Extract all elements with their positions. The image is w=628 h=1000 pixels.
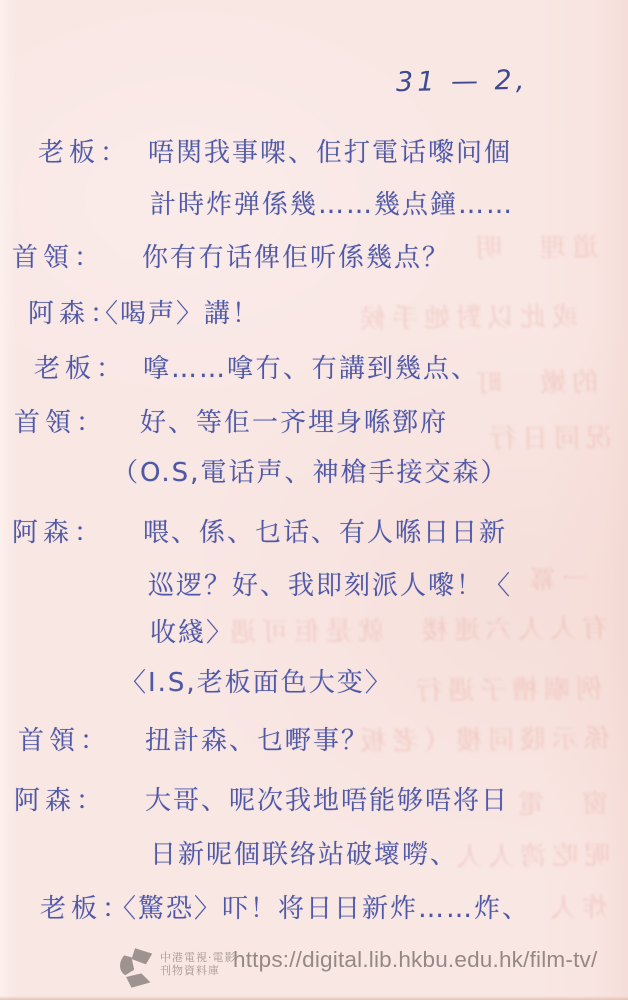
dialogue-text: 巡逻？好、我即刻派人嚟！〈 (148, 565, 512, 602)
dialogue-text: 日新呢個联络站破壞嘮、 (150, 834, 458, 871)
stage-direction-text: （O.S,電话声、神槍手接交森） (112, 452, 508, 489)
library-watermark: 中港電視‧電影 刊物資料庫 https://digital.lib.hkbu.e… (0, 941, 628, 1000)
speaker-label: 阿森： (14, 780, 107, 817)
dialogue-text: 喂、係、乜话、有人喺日日新 (143, 512, 507, 549)
dialogue-text: 〈驚恐〉吓！将日日新炸……炸、 (110, 888, 530, 925)
ink-bleed-through: 况同日行 (462, 417, 612, 456)
speaker-label: 首領： (12, 237, 105, 274)
dialogue-text: 大哥、呢次我地唔能够唔将日 (145, 780, 509, 817)
dialogue-text: 嗱……嗱冇、冇講到幾点、 (143, 348, 479, 385)
film-camera-logo-icon (118, 947, 154, 989)
watermark-url: https://digital.lib.hkbu.edu.hk/film-tv/ (233, 947, 597, 973)
dialogue-text: 收綫〉 (150, 612, 234, 649)
dialogue-text: 〈喝声〉講！ (92, 293, 260, 330)
dialogue-text: 唔関我事㗎、佢打電话嚟问個 (148, 132, 512, 169)
dialogue-text: 你有冇话俾佢听係幾点？ (142, 237, 450, 274)
stage-direction-text: 〈I.S,老板面色大变〉 (120, 662, 393, 699)
watermark-org-line1: 中港電視‧電影 (160, 951, 237, 964)
ink-bleed-through: 或此以對她手候 (238, 296, 578, 337)
page-number: 31 — 2, (396, 65, 529, 98)
dialogue-text: 好、等佢一齐埋身喺鄧府 (140, 402, 448, 439)
watermark-org-line2: 刊物資料庫 (160, 964, 237, 977)
dialogue-text: 計時炸弹係幾……幾点鐘…… (150, 184, 514, 221)
speaker-label: 首領： (14, 402, 107, 439)
dialogue-text: 扭計森、乜嘢事？ (145, 720, 369, 757)
speaker-label: 阿森： (12, 512, 105, 549)
speaker-label: 老板： (38, 132, 131, 169)
speaker-label: 老板： (34, 348, 127, 385)
ink-bleed-through: 有人人六連楼 就是佢可遇 (248, 608, 608, 649)
watermark-org-name: 中港電視‧電影 刊物資料庫 (160, 951, 237, 977)
speaker-label: 首領： (18, 720, 111, 757)
